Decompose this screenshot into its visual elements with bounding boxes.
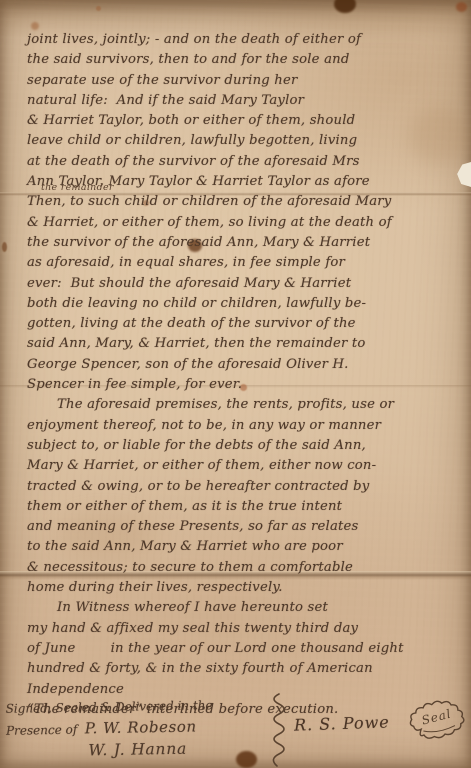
manuscript-line: them or either of them, as it is the tru…	[27, 497, 463, 517]
manuscript-line: home during their lives, respectively.	[27, 578, 463, 598]
manuscript-line: enjoyment thereof, not to be, in any way…	[27, 416, 463, 436]
manuscript-line: Spencer in fee simple, for ever.	[27, 375, 463, 395]
witness-signature-2: W. J. Hanna	[88, 738, 213, 761]
presence-label: Presence of	[6, 723, 77, 738]
manuscript-line: gotten, living at the death of the survi…	[27, 314, 463, 334]
manuscript-line: both die leaving no child or children, l…	[27, 294, 463, 314]
manuscript-text-block: joint lives, jointly; - and on the death…	[27, 30, 463, 720]
manuscript-line: separate use of the survivor during her	[27, 71, 463, 91]
manuscript-line: leave child or children, lawfully begott…	[27, 131, 463, 151]
manuscript-page: joint lives, jointly; - and on the death…	[0, 0, 471, 768]
manuscript-line: In Witness whereof I have hereunto set	[27, 598, 463, 618]
interlined-text: the remainder	[41, 183, 114, 193]
manuscript-line: hundred & forty, & in the sixty fourth o…	[27, 659, 463, 700]
stain-spot	[31, 22, 39, 30]
signature-name: R. S. Powe	[294, 712, 390, 734]
manuscript-line: natural life: And if the said Mary Taylo…	[27, 91, 463, 111]
manuscript-line: & necessitous; to secure to them a comfo…	[27, 558, 463, 578]
manuscript-line: of June in the year of our Lord one thou…	[27, 639, 463, 659]
manuscript-line: ever: But should the aforesaid Mary & Ha…	[27, 274, 463, 294]
stain-spot	[96, 6, 101, 11]
manuscript-line: Mary & Harriet, or either of them, eithe…	[27, 456, 463, 476]
manuscript-line: tracted & owing, or to be hereafter cont…	[27, 477, 463, 497]
seal-stamp: Seal	[405, 695, 468, 745]
flourish-squiggle-icon	[266, 692, 288, 768]
stain-spot	[2, 242, 7, 252]
manuscript-line: Then, to such child or children of the a…	[27, 192, 463, 212]
stain-spot	[334, 0, 356, 13]
manuscript-line: joint lives, jointly; - and on the death…	[27, 30, 463, 50]
manuscript-line: the survivor of the aforesaid Ann, Mary …	[27, 233, 463, 253]
manuscript-line: and meaning of these Presents, so far as…	[27, 517, 463, 537]
attestation-block: Signed, Sealed & Delivered in the Presen…	[5, 695, 213, 763]
manuscript-line: & Harriet, or either of them, so living …	[27, 213, 463, 233]
manuscript-line: & Harriet Taylor, both or either of them…	[27, 111, 463, 131]
manuscript-line: as aforesaid, in equal shares, in fee si…	[27, 253, 463, 273]
manuscript-line: George Spencer, son of the aforesaid Oli…	[27, 355, 463, 375]
manuscript-line: my hand & affixed my seal this twenty th…	[27, 619, 463, 639]
stain-spot	[236, 751, 257, 768]
manuscript-line: to the said Ann, Mary & Harriet who are …	[27, 537, 463, 557]
manuscript-line: The aforesaid premises, the rents, profi…	[27, 395, 463, 415]
manuscript-line: subject to, or liable for the debts of t…	[27, 436, 463, 456]
stain-spot	[456, 2, 467, 12]
manuscript-line: at the death of the survivor of the afor…	[27, 152, 463, 172]
witness-signature-1: P. W. Robeson	[85, 717, 197, 737]
manuscript-line: the said survivors, then to and for the …	[27, 50, 463, 70]
manuscript-line: said Ann, Mary, & Harriet, then the rema…	[27, 334, 463, 354]
